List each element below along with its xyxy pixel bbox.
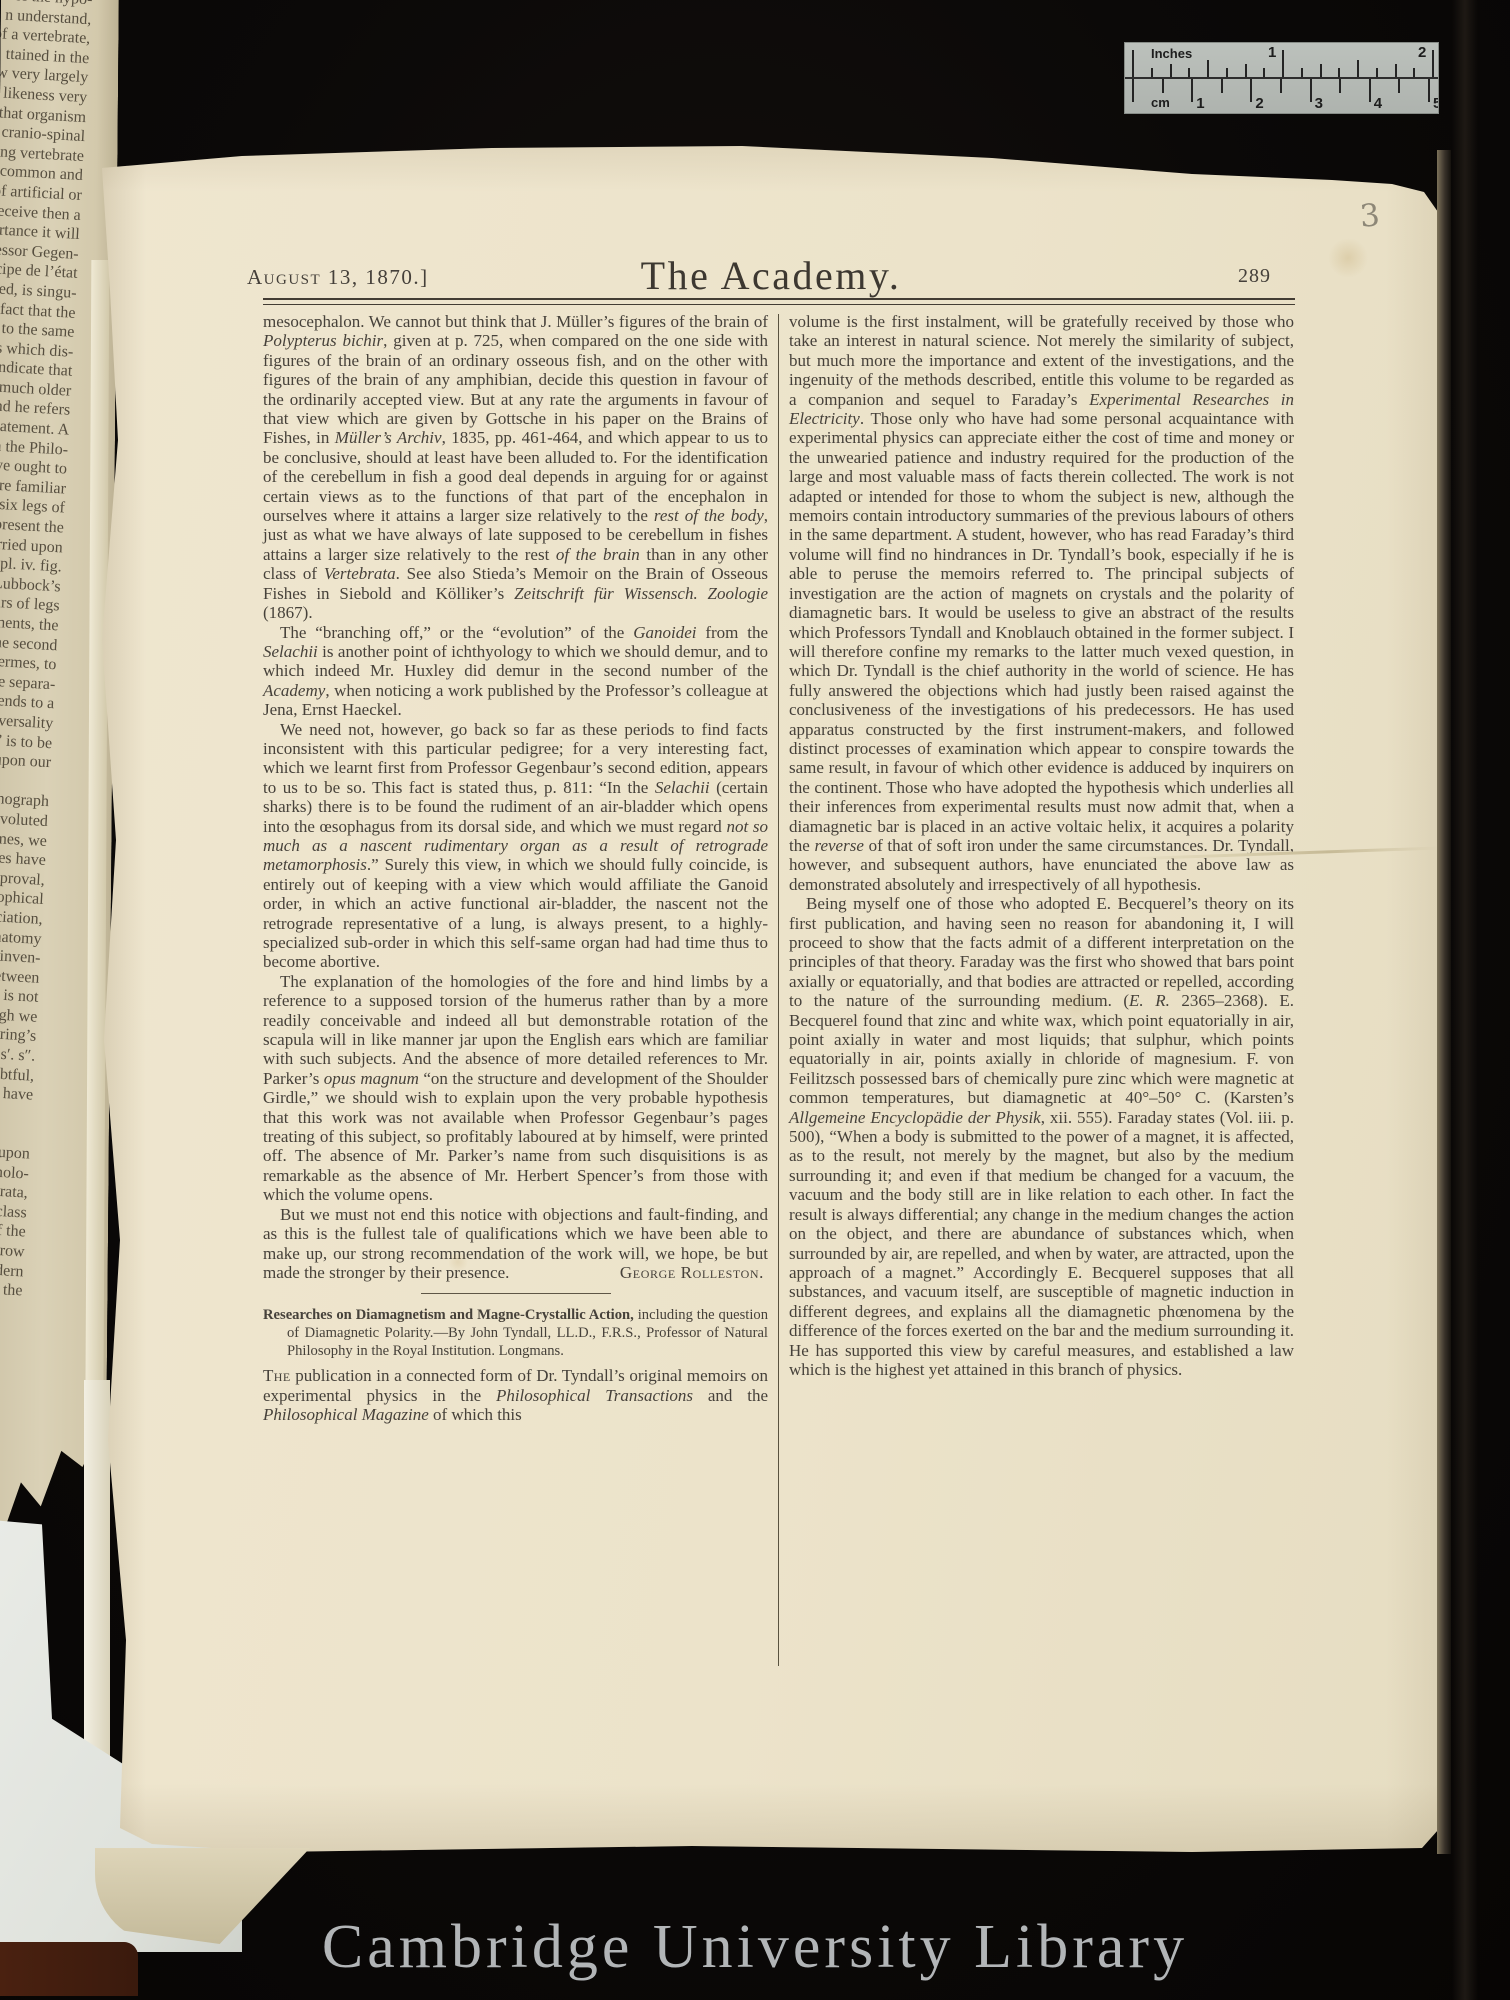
paragraph: Being myself one of those who adopted E.… xyxy=(789,894,1294,1379)
ruler-tick xyxy=(1132,79,1134,102)
ruler-tick xyxy=(1398,79,1400,93)
paragraph: We need not, however, go back so far as … xyxy=(263,720,768,972)
journal-title: The Academy. xyxy=(247,252,1295,299)
ruler-tick xyxy=(1320,64,1322,77)
ruler-tick xyxy=(1413,68,1415,77)
book-citation: Researches on Diamagnetism and Magne-Cry… xyxy=(263,1307,768,1360)
ruler-tick xyxy=(1369,79,1371,102)
header-double-rule xyxy=(263,298,1295,305)
ruler-cm-label: cm xyxy=(1151,95,1170,110)
ruler-inch-number: 2 xyxy=(1418,44,1426,61)
ruler-tick xyxy=(1263,68,1265,77)
pencil-annotation: 3 xyxy=(1358,197,1381,235)
ruler-tick xyxy=(1428,79,1430,102)
ruler-tick xyxy=(1221,79,1223,93)
column-right: volume is the first instalment, will be … xyxy=(789,312,1294,1666)
ruler-cm-number: 5 xyxy=(1433,95,1439,112)
ruler-tick xyxy=(1310,79,1312,102)
ruler-tick xyxy=(1395,64,1397,77)
ruler-cm-number: 1 xyxy=(1196,95,1204,112)
paragraph: The publication in a connected form of D… xyxy=(263,1366,768,1424)
ruler-tick xyxy=(1338,68,1340,77)
ruler-cm-number: 4 xyxy=(1374,95,1382,112)
ruler-cm-number: 3 xyxy=(1315,95,1323,112)
ruler-tick xyxy=(1339,79,1341,93)
paragraph: The explanation of the homologies of the… xyxy=(263,972,768,1205)
journal-page: 3 August 13, 1870.] The Academy. 289 mes… xyxy=(92,140,1440,1852)
page-number: 289 xyxy=(1238,265,1271,288)
background-cloth-fold xyxy=(1452,0,1478,2000)
paragraph: mesocephalon. We cannot but think that J… xyxy=(263,312,768,623)
ruler-tick xyxy=(1280,79,1282,93)
text-columns: mesocephalon. We cannot but think that J… xyxy=(263,312,1295,1666)
ruler-tick xyxy=(1226,68,1228,77)
library-watermark: Cambridge University Library xyxy=(0,1912,1510,1983)
ruler-inches-label: Inches xyxy=(1151,46,1192,61)
ruler-cm-scale: cm 12345 xyxy=(1125,79,1438,113)
measurement-ruler: Inches 12 cm 12345 xyxy=(1124,42,1439,114)
ruler-tick xyxy=(1357,60,1359,77)
ruler-tick xyxy=(1250,79,1252,102)
ruler-tick xyxy=(1207,60,1209,77)
paragraph: volume is the first instalment, will be … xyxy=(789,312,1294,894)
ruler-tick xyxy=(1151,68,1153,77)
paragraph: The “branching off,” or the “evolution” … xyxy=(263,623,768,720)
ruler-tick xyxy=(1432,50,1434,77)
ruler-inch-number: 1 xyxy=(1268,44,1276,61)
ruler-inch-scale: Inches 12 xyxy=(1125,43,1438,77)
ruler-tick xyxy=(1301,68,1303,77)
ruler-cm-number: 2 xyxy=(1255,95,1263,112)
ruler-tick xyxy=(1191,79,1193,102)
column-divider-rule xyxy=(778,314,779,1666)
article-separator-rule xyxy=(421,1293,611,1294)
ruler-tick xyxy=(1170,64,1172,77)
previous-page-text-fragments: of the hypo-n understand,of a vertebrate… xyxy=(0,0,93,1301)
column-left: mesocephalon. We cannot but think that J… xyxy=(263,312,768,1666)
ruler-tick xyxy=(1376,68,1378,77)
ruler-tick xyxy=(1188,68,1190,77)
ruler-tick xyxy=(1282,50,1284,77)
page-block-edge xyxy=(1437,150,1451,1854)
ruler-tick xyxy=(1162,79,1164,93)
photographed-book-scene: of the hypo-n understand,of a vertebrate… xyxy=(0,0,1510,2000)
ruler-tick xyxy=(1245,64,1247,77)
ruler-tick xyxy=(1132,50,1134,77)
page-header: August 13, 1870.] The Academy. 289 xyxy=(247,242,1295,292)
